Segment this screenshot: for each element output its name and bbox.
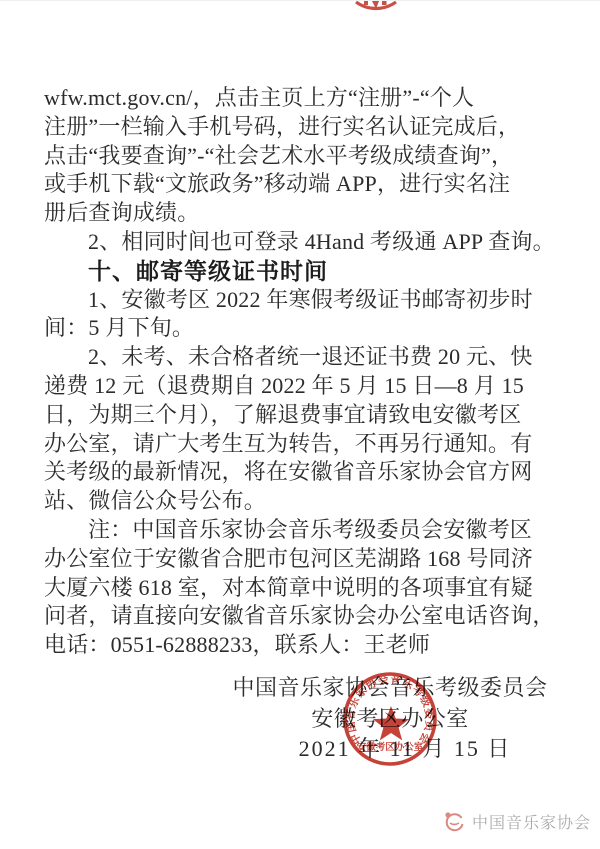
body-line: 2、未考、未合格者统一退还证书费 20 元、快 [44,343,578,372]
body-line: 间：5 月下旬。 [44,314,578,343]
body-line: wfw.mct.gov.cn/，点击主页上方“注册”-“个人 [44,84,578,113]
body-line: 1、安徽考区 2022 年寒假考级证书邮寄初步时 [44,286,578,315]
document-body: wfw.mct.gov.cn/，点击主页上方“注册”-“个人注册”一栏输入手机号… [44,84,578,660]
seal-star-icon [373,706,409,740]
body-line: 或手机下载“文旅政务”移动端 APP，进行实名注 [44,170,578,199]
body-line: 办公室位于安徽省合肥市包河区芜湖路 168 号同济 [44,545,578,574]
body-line: 大厦六楼 618 室，对本简章中说明的各项事宜有疑 [44,574,578,603]
body-line: 站、微信公众号公布。 [44,487,578,516]
body-line: 点击“我要查询”-“社会艺术水平考级成绩查询”， [44,142,578,171]
body-line: 问者，请直接向安徽省音乐家协会办公室电话咨询， [44,602,578,631]
source-label: 中国音乐家协会 [472,810,591,833]
body-line: 日，为期三个月），了解退费事宜请致电安徽考区 [44,401,578,430]
official-seal: 中国音乐家协会音乐考级委员会 安徽考区办公室 [338,667,442,771]
body-line: 递费 12 元（退费期自 2022 年 5 月 15 日—8 月 15 [44,372,578,401]
musicians-association-logo-icon [441,809,466,834]
body-line: 注：中国音乐家协会音乐考级委员会安徽考区 [44,516,578,545]
body-line: 册后查询成绩。 [44,199,578,228]
seal-bottom-text: 安徽考区办公室 [357,741,424,753]
body-line: 电话：0551-62888233，联系人：王老师 [44,631,578,660]
source-footer: 中国音乐家协会 [441,806,591,836]
body-line: 注册”一栏输入手机号码，进行实名认证完成后， [44,113,578,142]
document-page: wfw.mct.gov.cn/，点击主页上方“注册”-“个人注册”一栏输入手机号… [0,0,600,849]
section-heading: 十、邮寄等级证书时间 [44,257,578,286]
body-line: 关考级的最新情况，将在安徽省音乐家协会官方网 [44,458,578,487]
top-seal-fragment-icon [352,1,400,23]
body-line: 办公室，请广大考生互为转告，不再另行通知。有 [44,430,578,459]
body-line: 2、相同时间也可登录 4Hand 考级通 APP 查询。 [44,228,578,257]
